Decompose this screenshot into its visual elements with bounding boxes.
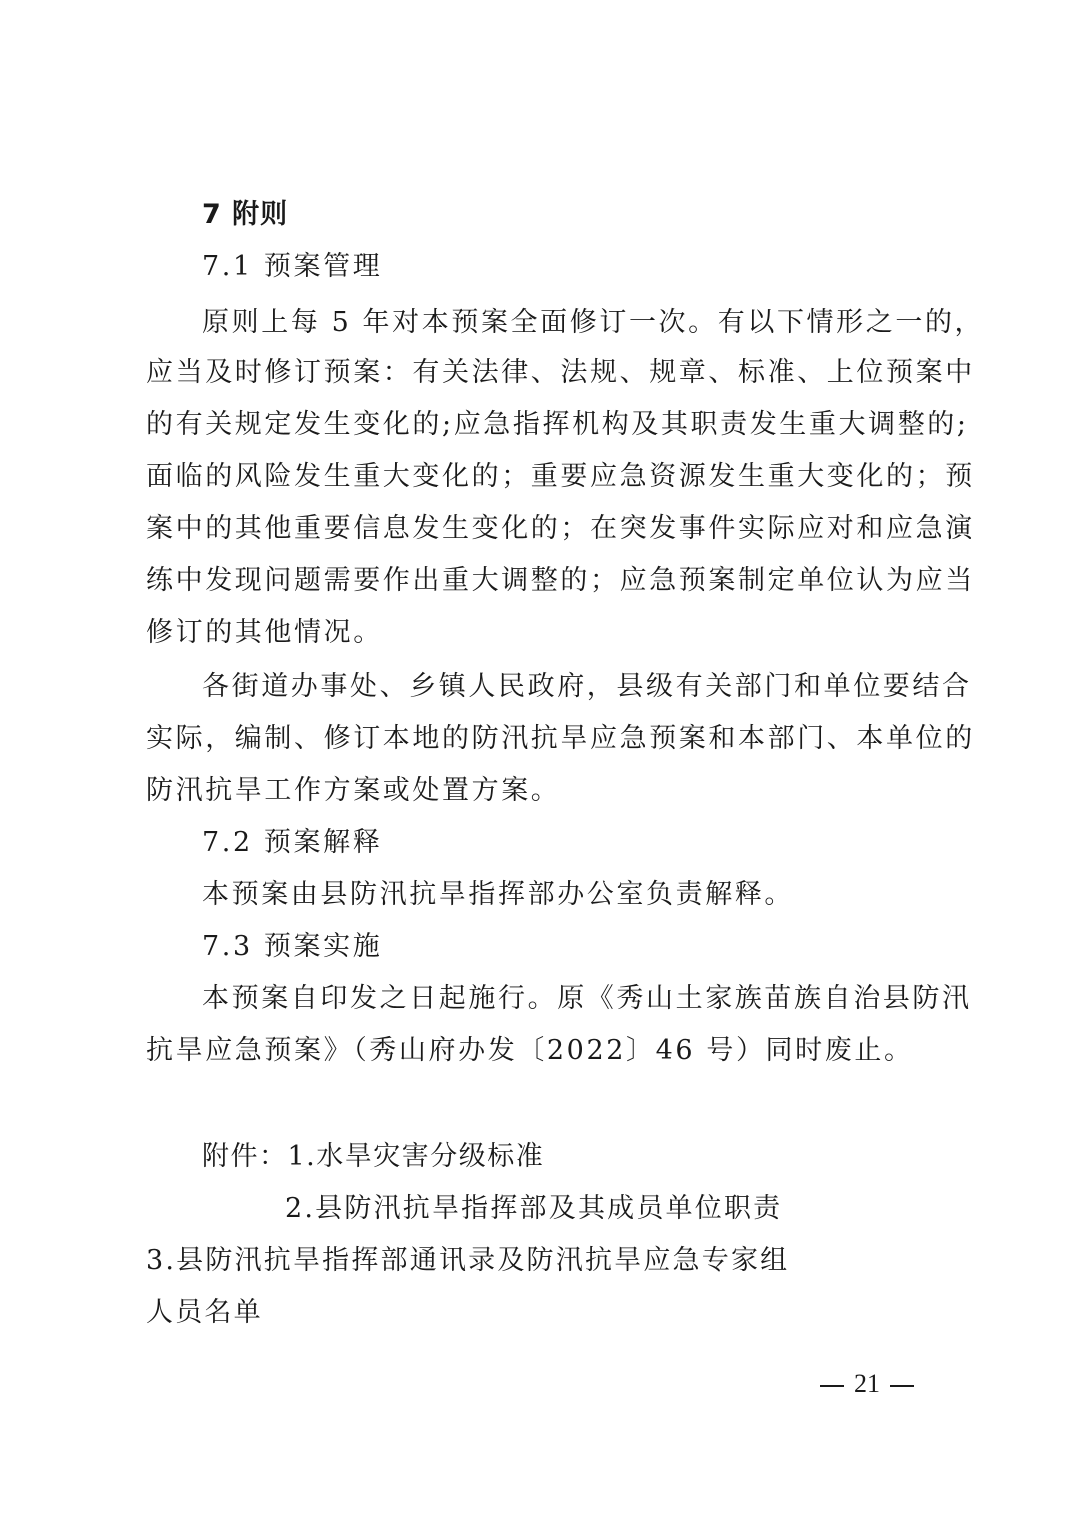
paragraph-line: 修订的其他情况。 bbox=[146, 615, 383, 651]
attachment-item-1: 1.水旱灾害分级标准 bbox=[288, 1141, 545, 1172]
page-number: 21 bbox=[810, 1366, 924, 1402]
dash-left bbox=[820, 1385, 844, 1387]
subsection-title-7-1: 7.1 预案管理 bbox=[202, 249, 382, 285]
paragraph-line: 应当及时修订预案：有关法律、法规、规章、标准、上位预案中 bbox=[146, 355, 975, 391]
paragraph-line: 面临的风险发生重大变化的；重要应急资源发生重大变化的；预 bbox=[146, 459, 975, 495]
dash-right bbox=[890, 1385, 914, 1387]
subsection-title-7-2: 7.2 预案解释 bbox=[202, 825, 382, 861]
attachment-item-2: 2.县防汛抗旱指挥部及其成员单位职责 bbox=[285, 1191, 782, 1227]
page-number-value: 21 bbox=[854, 1369, 880, 1398]
attachment-item-3: 3.县防汛抗旱指挥部通讯录及防汛抗旱应急专家组 bbox=[146, 1243, 789, 1279]
paragraph-line: 原则上每 5 年对本预案全面修订一次。有以下情形之一的， bbox=[202, 305, 984, 341]
attachments-label: 附件： bbox=[202, 1141, 288, 1172]
subsection-title-7-3: 7.3 预案实施 bbox=[202, 929, 382, 965]
section-heading: 7 附则 bbox=[202, 197, 288, 233]
paragraph-line: 本预案由县防汛抗旱指挥部办公室负责解释。 bbox=[202, 877, 794, 913]
paragraph-line: 本预案自印发之日起施行。原《秀山土家族苗族自治县防汛 bbox=[202, 981, 972, 1017]
paragraph-line: 抗旱应急预案》（秀山府办发〔2022〕46 号）同时废止。 bbox=[146, 1033, 914, 1069]
paragraph-line: 实际，编制、修订本地的防汛抗旱应急预案和本部门、本单位的 bbox=[146, 721, 975, 757]
attachment-item: 附件：1.水旱灾害分级标准 bbox=[202, 1139, 544, 1175]
paragraph-line: 的有关规定发生变化的;应急指挥机构及其职责发生重大调整的; bbox=[146, 407, 969, 443]
paragraph-line: 各街道办事处、乡镇人民政府，县级有关部门和单位要结合 bbox=[202, 669, 972, 705]
paragraph-line: 练中发现问题需要作出重大调整的；应急预案制定单位认为应当 bbox=[146, 563, 975, 599]
paragraph-line: 案中的其他重要信息发生变化的；在突发事件实际应对和应急演 bbox=[146, 511, 975, 547]
attachment-item-3-continued: 人员名单 bbox=[146, 1295, 263, 1331]
paragraph-line: 防汛抗旱工作方案或处置方案。 bbox=[146, 773, 560, 809]
